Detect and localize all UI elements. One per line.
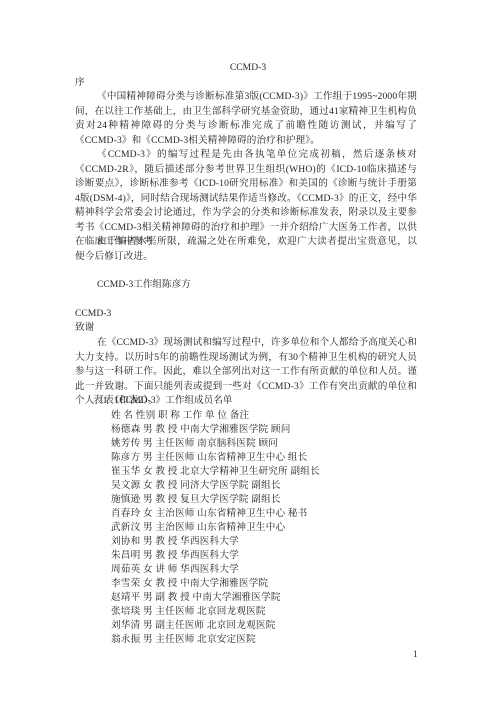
table-row: 杨德森 男 教 授 中南大学湘雅医学院 顾问 (111, 423, 291, 438)
table-row: 赵靖平 男 副 教 授 中南大学湘雅医学院 (111, 591, 281, 606)
page-number: 1 (413, 647, 418, 662)
table-row: 刘协和 男 教 授 华西医科大学 (111, 535, 239, 550)
table-row: 吴文源 女 教 授 同济大学医学院 副组长 (111, 479, 281, 494)
table-row: 翁永振 男 主任医师 北京安定医院 (111, 633, 256, 648)
table-row: 姚芳传 男 主任医师 南京脑科医院 顾问 (111, 437, 278, 452)
acknowledgement-heading: 致谢 (75, 321, 94, 336)
table-row: 陈彦方 男 主任医师 山东省精神卫生中心 组长 (111, 451, 307, 466)
document-page: CCMD-3 序 《中国精神障碍分类与诊断标准第3版(CCMD-3)》工作组于1… (0, 0, 496, 702)
table-row: 武新汶 男 主治医师 山东省精神卫生中心 (111, 521, 285, 536)
preface-title: CCMD-3 (0, 61, 496, 76)
preface-heading: 序 (75, 76, 85, 91)
table-row: 刘华清 男 副主任医师 北京回龙观医院 (111, 619, 276, 634)
table-row: 施慎逊 男 教 授 复旦大学医学院 副组长 (111, 493, 281, 508)
table-header: 姓 名 性别 职 称 工作 单 位 备注 (111, 409, 249, 424)
table-row: 肖春玲 女 主治医师 山东省精神卫生中心 秘书 (111, 507, 307, 522)
table-row: 朱昌明 男 教 授 华西医科大学 (111, 549, 239, 564)
preface-paragraph-1: 《中国精神障碍分类与诊断标准第3版(CCMD-3)》工作组于1995~2000年… (75, 90, 417, 148)
preface-paragraph-3: 由于编者水平所限，疏漏之处在所难免，欢迎广大读者提出宝贵意见，以便今后修订改进。 (75, 235, 417, 264)
acknowledgement-title: CCMD-3 (75, 307, 111, 322)
table-caption: 表1 《CCMD-3》工作组成员名单 (93, 394, 232, 409)
table-row: 张培琰 男 主任医师 北京回龙观医院 (111, 605, 266, 620)
table-row: 李雪荣 女 教 授 中南大学湘雅医学院 (111, 577, 268, 592)
table-row: 崔玉华 女 教 授 北京大学精神卫生研究所 副组长 (111, 465, 320, 480)
table-row: 周茹英 女 讲 师 华西医科大学 (111, 563, 239, 578)
preface-signature: CCMD-3工作组陈彦方 (97, 278, 191, 293)
